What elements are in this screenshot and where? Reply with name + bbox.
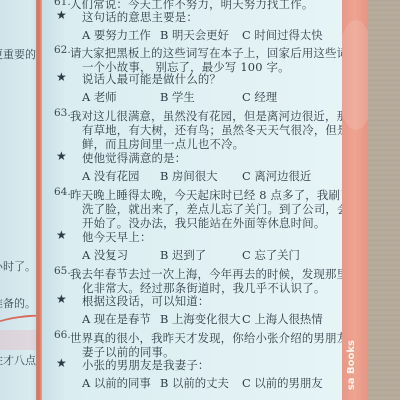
question-prompt: 使他觉得满意的是： xyxy=(82,150,186,166)
option-c: C 时间过得太快 xyxy=(242,27,323,43)
star-icon: ★ xyxy=(56,149,67,163)
left-page-fragment: 更重要的 xyxy=(0,46,36,62)
option-a: A 老师 xyxy=(82,89,117,105)
star-icon: ★ xyxy=(56,356,67,370)
left-page-fragment: 小时了。 xyxy=(0,258,36,274)
question-number: 62. xyxy=(54,44,71,56)
option-c: C 以前的男朋友 xyxy=(242,375,323,391)
question-prompt: 这句话的意思主要是： xyxy=(82,9,198,25)
question-number: 63. xyxy=(54,107,71,119)
left-page: 更重要的 小时了。 准备的。 住才八点 xyxy=(0,0,38,400)
decorative-band xyxy=(0,330,38,350)
option-b: B 以前的丈夫 xyxy=(160,375,229,391)
main-page: 61. ★ 62. ★ 63. ★ 64. ★ 65. ★ 66. ★ 人们常说… xyxy=(42,0,342,400)
decorative-swirl xyxy=(342,20,368,130)
option-b: B 房间很大 xyxy=(160,168,218,184)
publisher-brand: sa Books xyxy=(346,340,357,390)
question-prompt: 根据这段话，可以知道： xyxy=(82,293,210,309)
margin: 61. ★ 62. ★ 63. ★ 64. ★ 65. ★ 66. ★ xyxy=(42,0,68,400)
question-number: 66. xyxy=(54,329,71,341)
left-page-fragment: 住才八点 xyxy=(0,352,36,368)
option-c: C 忘了关门 xyxy=(242,247,300,263)
option-a: A 以前的同事 xyxy=(82,375,151,391)
star-icon: ★ xyxy=(56,70,67,84)
question-prompt: 说话人最可能是做什么的？ xyxy=(82,71,221,87)
option-b: B 明天会更好 xyxy=(160,27,229,43)
question-prompt: 小张的男朋友是我妻子： xyxy=(82,357,210,373)
option-a: A 要努力工作 xyxy=(82,27,151,43)
question-number: 61. xyxy=(54,0,71,8)
option-c: C 离河边很近 xyxy=(242,168,311,184)
option-b: B 学生 xyxy=(160,89,195,105)
question-prompt: 他今天早上： xyxy=(82,229,152,245)
star-icon: ★ xyxy=(56,8,67,22)
left-page-fragment: 准备的。 xyxy=(0,295,36,311)
star-icon: ★ xyxy=(56,228,67,242)
option-a: A 现在是春节 xyxy=(82,311,151,327)
option-a: A 没有花园 xyxy=(82,168,139,184)
book-spine-edge: sa Books xyxy=(342,0,368,400)
option-b: B 上海变化很大 xyxy=(160,311,240,327)
option-c: C 经理 xyxy=(242,89,277,105)
option-b: B 迟到了 xyxy=(160,247,206,263)
option-a: A 没复习 xyxy=(82,247,128,263)
desk-surface xyxy=(368,0,400,400)
option-c: C 上海人很热情 xyxy=(242,311,323,327)
question-number: 64. xyxy=(54,186,71,198)
question-number: 65. xyxy=(54,265,71,277)
star-icon: ★ xyxy=(56,292,67,306)
